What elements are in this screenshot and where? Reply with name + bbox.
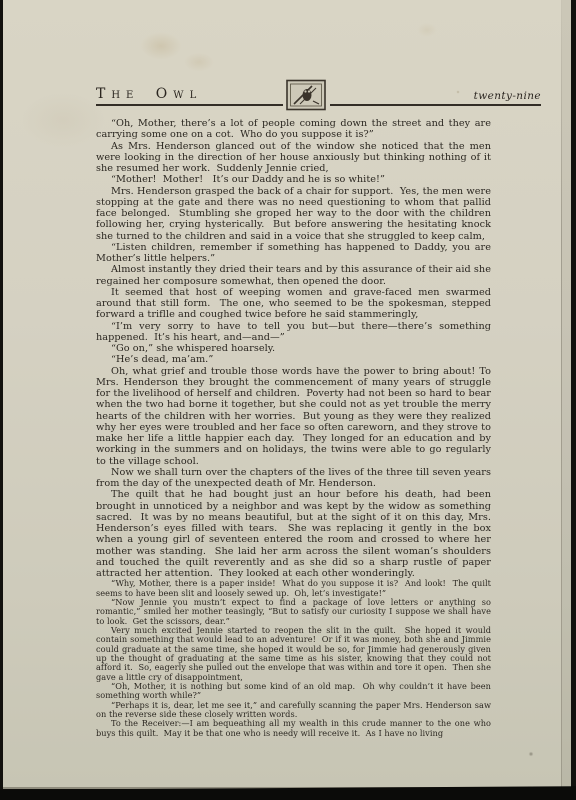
scanned-page: The Owl twenty-nine “Oh, Mother, there’s… bbox=[0, 0, 576, 800]
header-rule-left bbox=[96, 104, 283, 106]
story-paragraph: “Oh, Mother, it is nothing but some kind… bbox=[96, 682, 491, 701]
story-paragraph: As Mrs. Henderson glanced out of the win… bbox=[96, 141, 491, 175]
story-paragraph: Oh, what grief and trouble those words h… bbox=[96, 366, 491, 467]
story-paragraph: Almost instantly they dried their tears … bbox=[96, 264, 491, 287]
owl-stamp-icon bbox=[286, 79, 326, 111]
page-crease bbox=[561, 0, 562, 789]
page-edge-shade bbox=[562, 0, 571, 789]
story-paragraph: “Go on,” she whispered hoarsely. bbox=[96, 343, 491, 354]
story-paragraph: “Mother! Mother! It’s our Daddy and he i… bbox=[96, 174, 491, 185]
header-rule-right bbox=[330, 104, 541, 106]
story-paragraph: Mrs. Henderson grasped the back of a cha… bbox=[96, 186, 491, 242]
page-number: twenty-nine bbox=[420, 90, 541, 102]
story-paragraph: “Why, Mother, there is a paper inside! W… bbox=[96, 579, 491, 598]
story-paragraph: It seemed that host of weeping women and… bbox=[96, 287, 491, 321]
scan-bottom-edge bbox=[0, 786, 576, 800]
story-paragraph: “Listen children, remember if something … bbox=[96, 242, 491, 265]
story-paragraph: Very much excited Jennie started to reop… bbox=[96, 626, 491, 682]
story-paragraph: “Now Jennie you mustn’t expect to find a… bbox=[96, 598, 491, 626]
magazine-title: The Owl bbox=[96, 86, 202, 102]
story-paragraph: “He’s dead, ma’am.” bbox=[96, 354, 491, 365]
story-text: “Oh, Mother, there’s a lot of people com… bbox=[96, 118, 491, 738]
story-paragraph: Now we shall turn over the chapters of t… bbox=[96, 467, 491, 490]
story-paragraph: “Perhaps it is, dear, let me see it,” an… bbox=[96, 701, 491, 720]
story-paragraph: The quilt that he had bought just an hou… bbox=[96, 489, 491, 579]
story-paragraph: “Oh, Mother, there’s a lot of people com… bbox=[96, 118, 491, 141]
story-paragraph: To the Receiver:—I am bequeathing all my… bbox=[96, 719, 491, 738]
story-paragraph: “I’m very sorry to have to tell you but—… bbox=[96, 321, 491, 344]
